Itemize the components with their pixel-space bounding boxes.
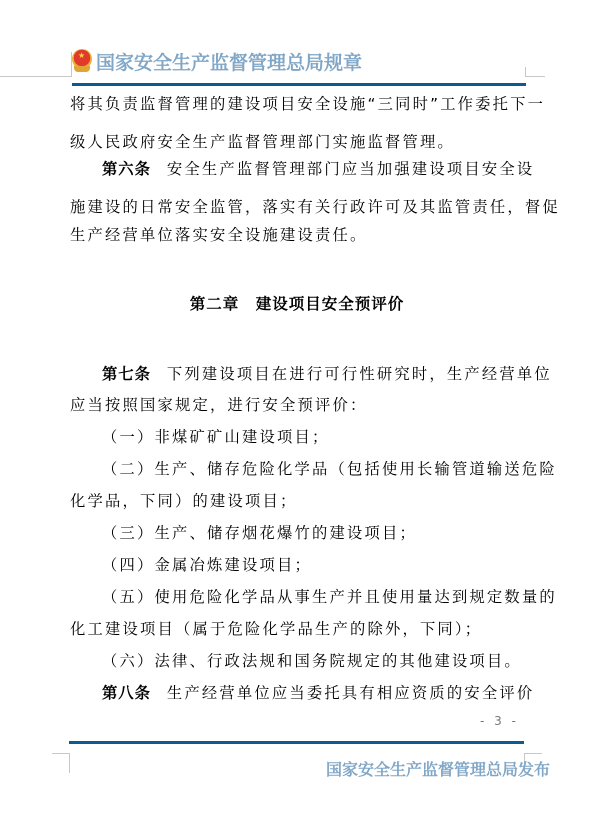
page-header: ★ 国家安全生产监督管理总局规章 (71, 46, 362, 76)
article-8-label: 第八条 (102, 684, 151, 702)
article-6-line: 第六条安全生产监督管理部门应当加强建设项目安全设 (102, 150, 560, 188)
crop-mark-top-right-v (525, 67, 526, 77)
article-7-label: 第七条 (102, 365, 151, 383)
crop-mark-bottom-left-h (52, 753, 70, 754)
national-emblem-icon: ★ (71, 49, 93, 73)
crop-mark-top-left-h (0, 76, 71, 77)
header-title: 国家安全生产监督管理总局规章 (96, 48, 362, 75)
footer-rule (69, 741, 524, 744)
footer-publisher: 国家安全生产监督管理总局发布 (326, 757, 550, 780)
article-6-line: 生产经营单位落实安全设施建设责任。 (70, 216, 528, 254)
crop-mark-top-right-h (525, 76, 545, 77)
crop-mark-bottom-right-h (524, 753, 542, 754)
article-8-line: 第八条生产经营单位应当委托具有相应资质的安全评价 (102, 674, 560, 712)
article-6-label: 第六条 (102, 160, 151, 178)
chapter-heading: 第二章 建设项目安全预评价 (0, 292, 594, 314)
page-number: - 3 - (480, 714, 519, 728)
crop-mark-bottom-left-v (69, 753, 70, 773)
body-line: 将其负责监督管理的建设项目安全设施“三同时”工作委托下一 (70, 85, 528, 123)
